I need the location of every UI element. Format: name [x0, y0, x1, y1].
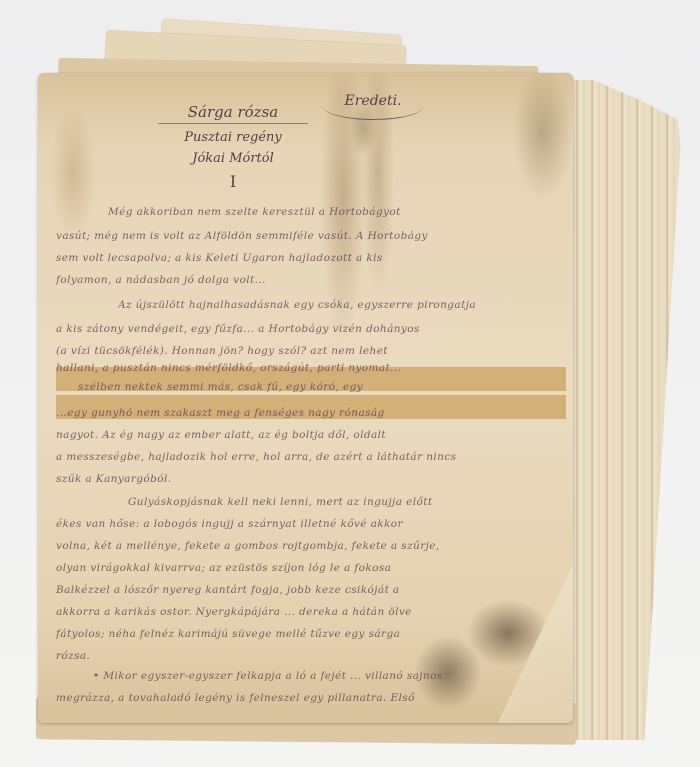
text-line: a messzeségbe, hajladozik hol erre, hol …	[56, 451, 546, 463]
text-line: hallani, a pusztán nincs mérföldkő, orsz…	[56, 362, 546, 374]
text-line: a kis zátony vendégeit, egy fűzfa... a H…	[56, 323, 546, 335]
text-line: olyan virágokkal kivarrva; az ezüstös sz…	[56, 562, 546, 574]
manuscript-page: Sárga rózsa Pusztai regény Jókai Mórtól …	[38, 73, 573, 723]
text-line: fátyolos; néha felnéz karimájú süvege me…	[56, 628, 546, 640]
manuscript-author: Jókai Mórtól	[158, 151, 308, 166]
manuscript-title: Sárga rózsa	[158, 103, 308, 124]
text-line: (a vízi tücsökfélék). Honnan jön? hogy s…	[56, 345, 546, 357]
chapter-number: I	[158, 172, 308, 191]
text-line: szűk a Kanyargóból.	[56, 473, 546, 485]
fanned-page-edges	[555, 80, 683, 740]
text-line: vasút; még nem is volt az Alföldön semmi…	[56, 230, 546, 242]
text-line: Balkézzel a lószőr nyereg kantárt fogja,…	[56, 584, 546, 596]
text-line: ...egy gunyhó nem szakaszt meg a fensége…	[56, 407, 546, 419]
text-line: Az újszülött hajnalhasadásnak egy csóka,…	[118, 299, 573, 311]
text-line: folyamon, a nádasban jó dolga volt...	[56, 274, 546, 286]
manuscript-subtitle: Pusztai regény	[158, 130, 308, 145]
text-line: • Mikor egyszer-egyszer felkapja a ló a …	[93, 670, 573, 682]
title-block: Sárga rózsa Pusztai regény Jókai Mórtól …	[158, 103, 308, 191]
text-line: nagyot. Az ég nagy az ember alatt, az ég…	[56, 429, 546, 441]
text-line: sem volt lecsapolva; a kis Keleti Ugaron…	[56, 252, 546, 264]
text-line: Még akkoriban nem szelte keresztül a Hor…	[108, 206, 573, 218]
text-line: megrázza, a tovahaladó legény is felnesz…	[56, 692, 546, 704]
text-line: szélben nektek semmi más, csak fű, egy k…	[78, 381, 568, 393]
text-line: Gulyáskopjásnak kell neki lenni, mert az…	[128, 496, 573, 508]
text-line: rózsa.	[56, 650, 546, 662]
corner-note: Eredeti.	[323, 93, 423, 120]
text-line: volna, két a mellénye, fekete a gombos r…	[56, 540, 546, 552]
text-line: akkorra a karikás ostor. Nyergkápájára .…	[56, 606, 546, 618]
text-line: ékes van hőse: a lobogós ingujj a szárny…	[56, 518, 546, 530]
